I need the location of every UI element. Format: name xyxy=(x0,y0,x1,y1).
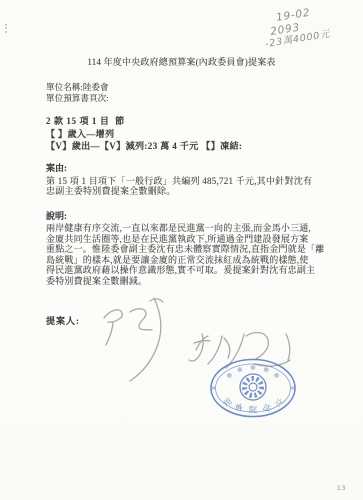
proposer-label: 提案人: xyxy=(46,314,80,327)
case-reason-heading: 案由: xyxy=(46,161,67,174)
unit-name-label: 單位名稱: xyxy=(46,82,83,92)
stamp-sun-emblem xyxy=(240,374,266,400)
unit-name-value: 陸委會 xyxy=(83,82,109,92)
unit-budget-page-line: 單位預算書頁次: xyxy=(46,92,109,104)
legislative-yuan-stamp: 用 專 院 法 立 xyxy=(197,348,309,428)
proposer-signature-1 xyxy=(88,293,183,383)
scanned-document-page: 19-02 2093 -23萬4000元 114 年度中央政府總預算案(內政委員… xyxy=(0,0,363,500)
svg-text:院: 院 xyxy=(249,406,257,415)
handwritten-annotation: 19-02 2093 -23萬4000元 xyxy=(260,4,331,51)
svg-text:用: 用 xyxy=(222,397,234,409)
clause-revenue-line: 【 】歲入—增列 xyxy=(46,127,114,140)
svg-text:立: 立 xyxy=(272,396,284,409)
case-reason-line: 忠副主委特別費提案全數刪除。 xyxy=(46,184,176,197)
svg-text:法: 法 xyxy=(262,402,274,414)
explanation-line: 委特別費提案全數刪減。 xyxy=(46,274,147,287)
clause-expenditure-line: 【V】歲出—【V】減列:23 萬 4 千元 【】凍結: xyxy=(46,139,242,152)
clause-item-line: 2 款 15 項 1 目 節 xyxy=(46,114,125,127)
page-number: 13 xyxy=(337,484,346,492)
document-title: 114 年度中央政府總預算案(內政委員會)提案表 xyxy=(0,55,363,68)
svg-text:專: 專 xyxy=(233,402,244,414)
scan-smudge xyxy=(5,24,10,33)
